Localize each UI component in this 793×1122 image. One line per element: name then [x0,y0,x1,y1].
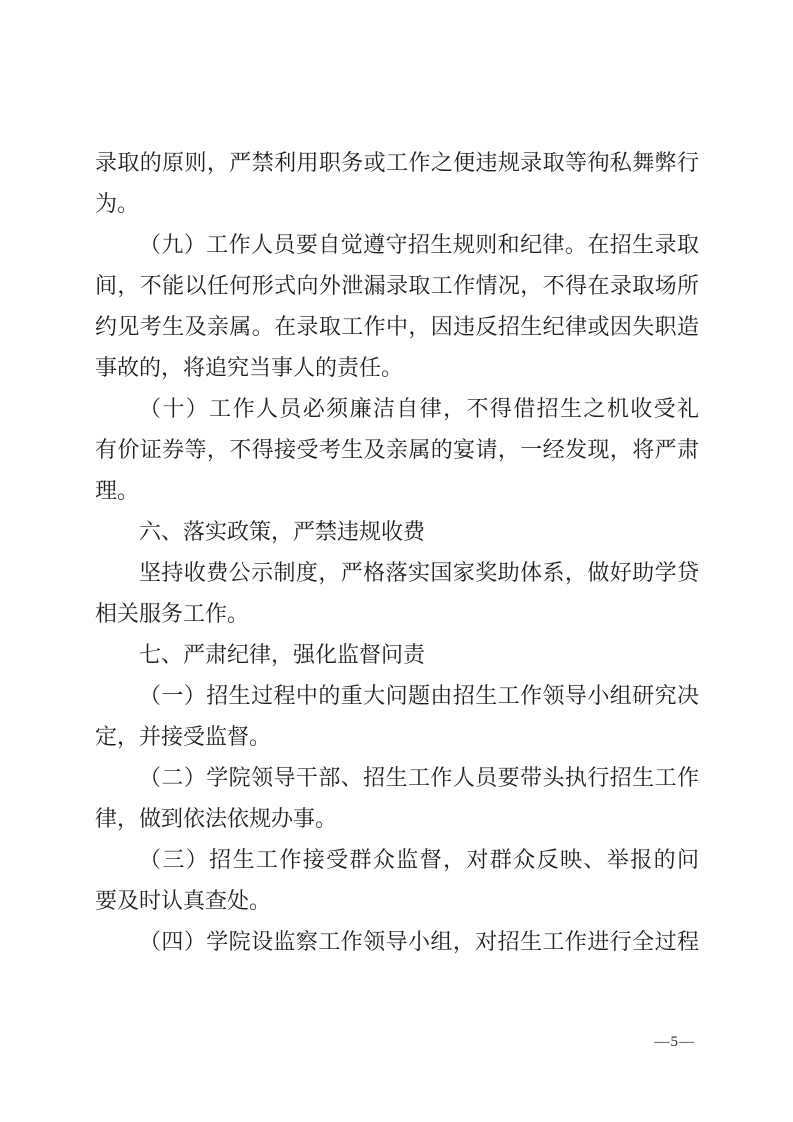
section-heading: 七、严肃纪律，强化监督问责 [95,634,699,675]
paragraph-line: 相关服务工作。 [95,593,699,634]
paragraph-line: （三）招生工作接受群众监督，对群众反映、举报的问题， [95,839,699,880]
section-heading: 六、落实政策，严禁违规收费 [95,511,699,552]
paragraph-line: 律，做到依法依规办事。 [95,798,699,839]
paragraph-line: 定，并接受监督。 [95,716,699,757]
paragraph-line: 有价证券等，不得接受考生及亲属的宴请，一经发现，将严肃处 [95,429,699,470]
document-page: 录取的原则，严禁利用职务或工作之便违规录取等徇私舞弊行 为。 （九）工作人员要自… [0,0,793,1122]
paragraph-line: 间，不能以任何形式向外泄漏录取工作情况，不得在录取场所内 [95,265,699,306]
document-body: 录取的原则，严禁利用职务或工作之便违规录取等徇私舞弊行 为。 （九）工作人员要自… [95,142,699,962]
paragraph-line: 事故的，将追究当事人的责任。 [95,347,699,388]
paragraph-line: 为。 [95,183,699,224]
paragraph-line: （九）工作人员要自觉遵守招生规则和纪律。在招生录取期 [95,224,699,265]
paragraph-line: 约见考生及亲属。在录取工作中，因违反招生纪律或因失职造成 [95,306,699,347]
paragraph-line: 坚持收费公示制度，严格落实国家奖助体系，做好助学贷款 [95,552,699,593]
paragraph-line: （四）学院设监察工作领导小组，对招生工作进行全过程监 [95,921,699,962]
paragraph-line: （一）招生过程中的重大问题由招生工作领导小组研究决 [95,675,699,716]
paragraph-line: 理。 [95,470,699,511]
paragraph-line: 要及时认真查处。 [95,880,699,921]
paragraph-line: 录取的原则，严禁利用职务或工作之便违规录取等徇私舞弊行 [95,142,699,183]
paragraph-line: （十）工作人员必须廉洁自律，不得借招生之机收受礼金、 [95,388,699,429]
page-footer: —5— [95,1032,695,1052]
page-number: —5— [655,1034,696,1050]
paragraph-line: （二）学院领导干部、招生工作人员要带头执行招生工作纪 [95,757,699,798]
